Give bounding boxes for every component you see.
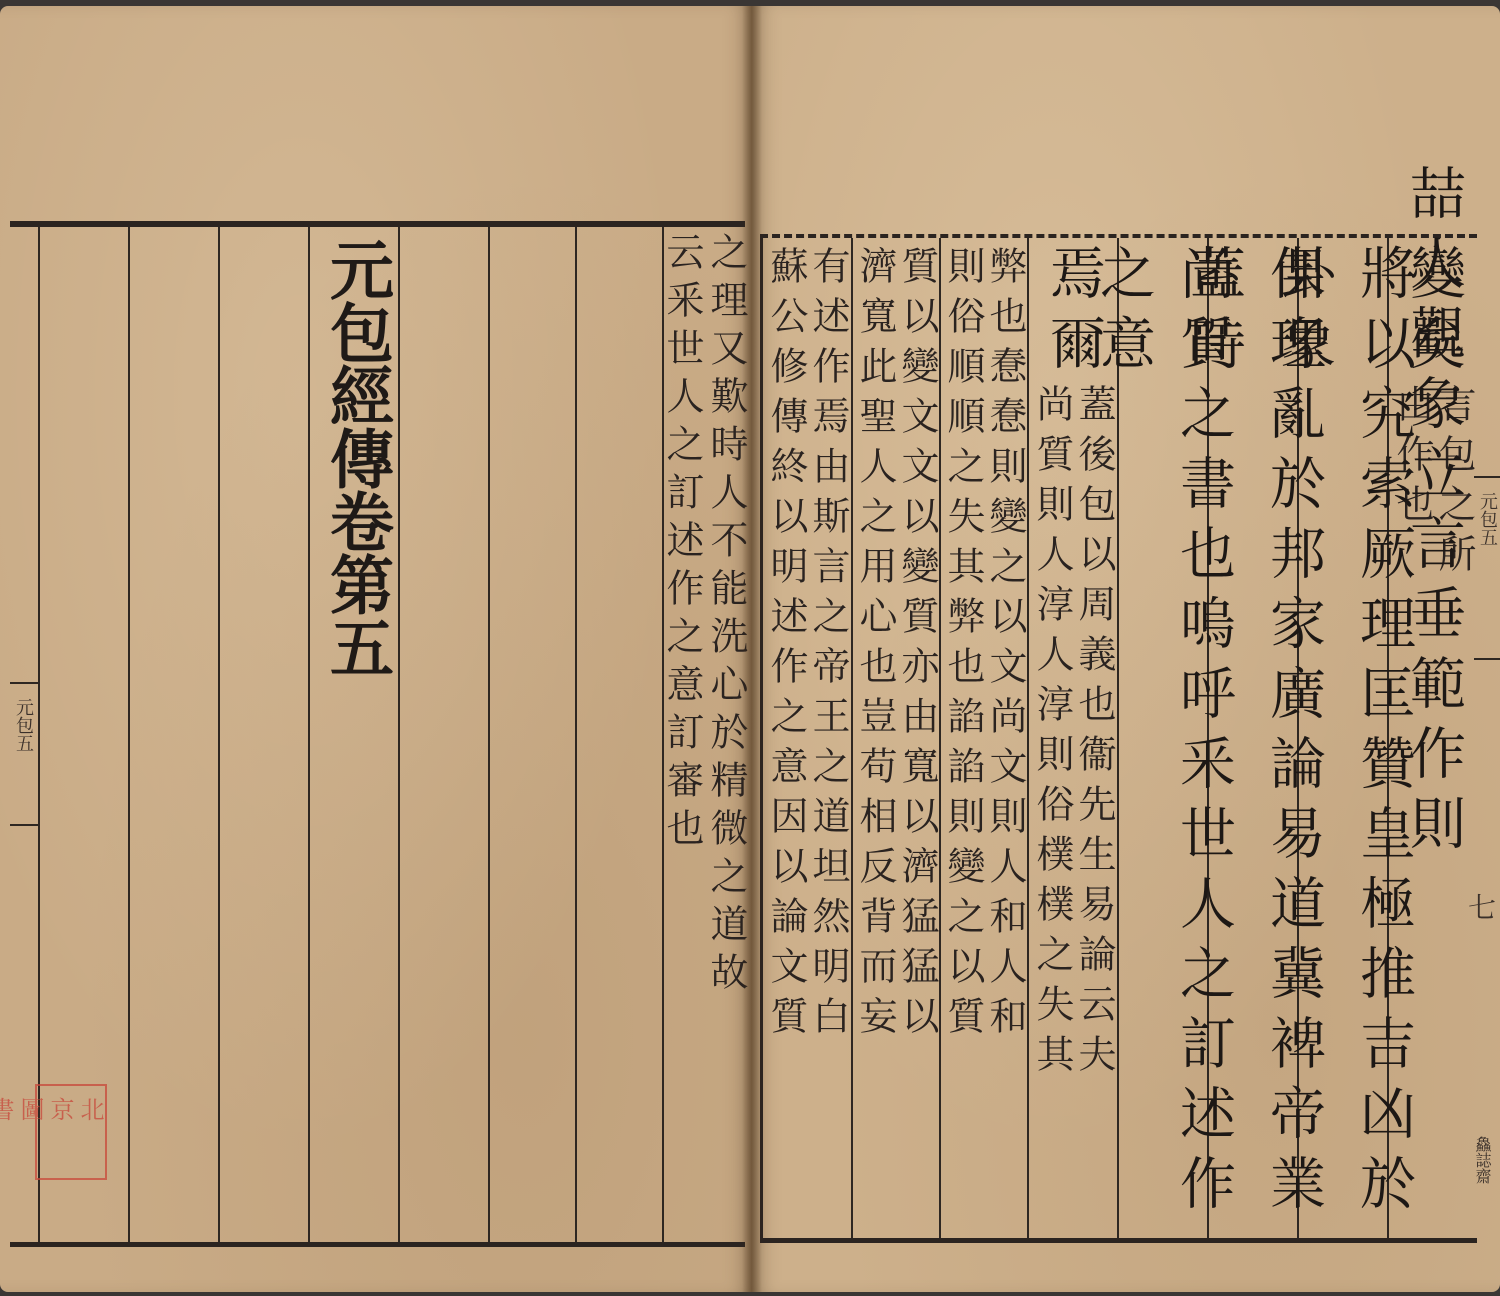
closing-commentary: 之理又歎時人不能洗心於精微之道故 云釆世人之訂述作之意訂審也 bbox=[663, 232, 745, 1222]
right-margin-label: 元包五 bbox=[1474, 476, 1500, 660]
text-column: 質以變文文以變質亦由寬以濟猛猛以 濟寬此聖人之用心也豈苟相反背而妄 bbox=[851, 238, 939, 1238]
right-page-frame: 變矣 言包之所 由作也 喆人觀象立言垂範作則 將以究索厥理匡贊皇極推吉凶於卦象 … bbox=[760, 234, 1477, 1243]
left-page-frame: 元包五 元包經傳卷第五 之理又歎時人不能洗心於精微之道故 云釆世人之訂述作之意訂… bbox=[10, 221, 745, 1247]
page-number: 七 bbox=[1468, 886, 1496, 926]
left-page: 元包五 元包經傳卷第五 之理又歎時人不能洗心於精微之道故 云釆世人之訂述作之意訂… bbox=[0, 6, 752, 1292]
volume-title: 元包經傳卷第五 bbox=[316, 237, 396, 678]
text-column: 尚質之書也嗚呼釆世人之訂述作之意 bbox=[1117, 238, 1207, 1238]
closing-col-left: 云釆世人之訂述作之意訂審也 bbox=[663, 232, 701, 1222]
closing-col-right: 之理又歎時人不能洗心於精微之道故 bbox=[707, 232, 745, 1222]
print-house-mark: 鱻誌齋 bbox=[1471, 1136, 1494, 1184]
book-spine bbox=[742, 6, 762, 1292]
library-seal: 北京圖書館藏 bbox=[35, 1084, 107, 1180]
text-column: 弊也惷惷則變之以文尚文則人和人和 則俗順順之失其弊也諂諂則變之以質 bbox=[939, 238, 1027, 1238]
left-margin-label: 元包五 bbox=[10, 682, 38, 826]
right-page: 變矣 言包之所 由作也 喆人觀象立言垂範作則 將以究索厥理匡贊皇極推吉凶於卦象 … bbox=[752, 6, 1500, 1292]
text-column: 焉爾 蓋後包以周義也衞先生易論云夫 尚質則人淳人淳則俗樸樸之失其 bbox=[1027, 238, 1117, 1238]
text-column: 有述作焉由斯言之帝王之道坦然明白 蘇公修傳終以明述作之意因以論文質 bbox=[763, 238, 851, 1238]
